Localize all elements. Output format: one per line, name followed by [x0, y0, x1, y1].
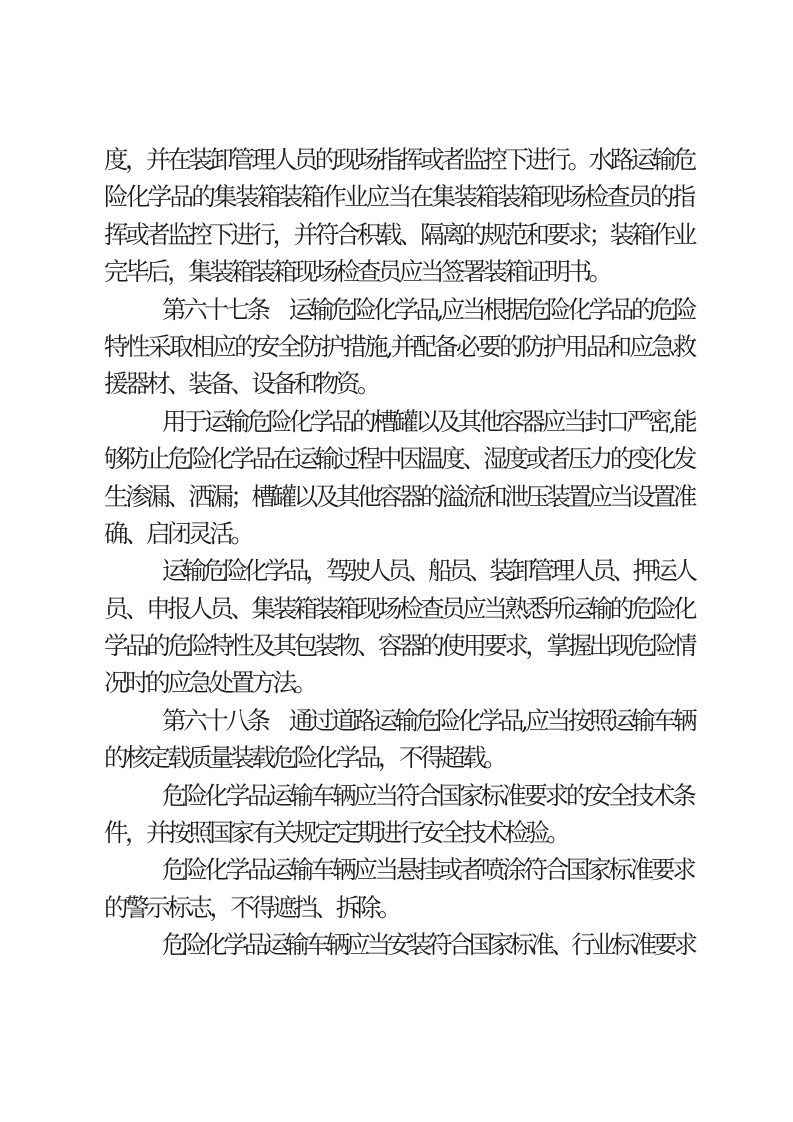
text-line: 够防止危险化学品在运输过程中因温度、湿度或者压力的变化发 [104, 440, 694, 477]
paragraph-start-line: 用于运输危险化学品的槽罐以及其他容器应当封口严密,能 [104, 403, 694, 440]
text-line: 的警示标志，不得遮挡、拆除。 [104, 889, 694, 926]
text-line: 挥或者监控下进行，并符合积载、隔离的规范和要求；装箱作业 [104, 216, 694, 253]
text-line: 完毕后，集装箱装箱现场检查员应当签署装箱证明书。 [104, 253, 694, 290]
document-page: 度，并在装卸管理人员的现场指挥或者监控下进行。水路运输危 险化学品的集装箱装箱作… [0, 0, 793, 1122]
text-line: 件，并按照国家有关规定定期进行安全技术检验。 [104, 814, 694, 851]
text-line: 度，并在装卸管理人员的现场指挥或者监控下进行。水路运输危 [104, 141, 694, 178]
text-line: 况时的应急处置方法。 [104, 664, 694, 701]
text-line: 员、申报人员、集装箱装箱现场检查员应当熟悉所运输的危险化 [104, 590, 694, 627]
text-line: 特性采取相应的安全防护措施,并配备必要的防护用品和应急救 [104, 328, 694, 365]
text-line: 学品的危险特性及其包装物、容器的使用要求，掌握出现危险情 [104, 627, 694, 664]
paragraph-start-line: 运输危险化学品，驾驶人员、船员、装卸管理人员、押运人 [104, 552, 694, 589]
article-68-heading-line: 第六十八条 通过道路运输危险化学品,应当按照运输车辆 [104, 702, 694, 739]
paragraph-start-line: 危险化学品运输车辆应当安装符合国家标准、行业标准要求 [104, 926, 694, 963]
text-line: 生渗漏、洒漏；槽罐以及其他容器的溢流和泄压装置应当设置准 [104, 478, 694, 515]
paragraph-start-line: 危险化学品运输车辆应当悬挂或者喷涂符合国家标准要求 [104, 851, 694, 888]
text-line: 险化学品的集装箱装箱作业应当在集装箱装箱现场检查员的指 [104, 178, 694, 215]
body-text: 度，并在装卸管理人员的现场指挥或者监控下进行。水路运输危 险化学品的集装箱装箱作… [104, 141, 694, 964]
paragraph-start-line: 危险化学品运输车辆应当符合国家标准要求的安全技术条 [104, 777, 694, 814]
text-line: 确、启闭灵活。 [104, 515, 694, 552]
text-line: 的核定载质量装载危险化学品，不得超载。 [104, 739, 694, 776]
text-line: 援器材、装备、设备和物资。 [104, 365, 694, 402]
article-67-heading-line: 第六十七条 运输危险化学品,应当根据危险化学品的危险 [104, 291, 694, 328]
